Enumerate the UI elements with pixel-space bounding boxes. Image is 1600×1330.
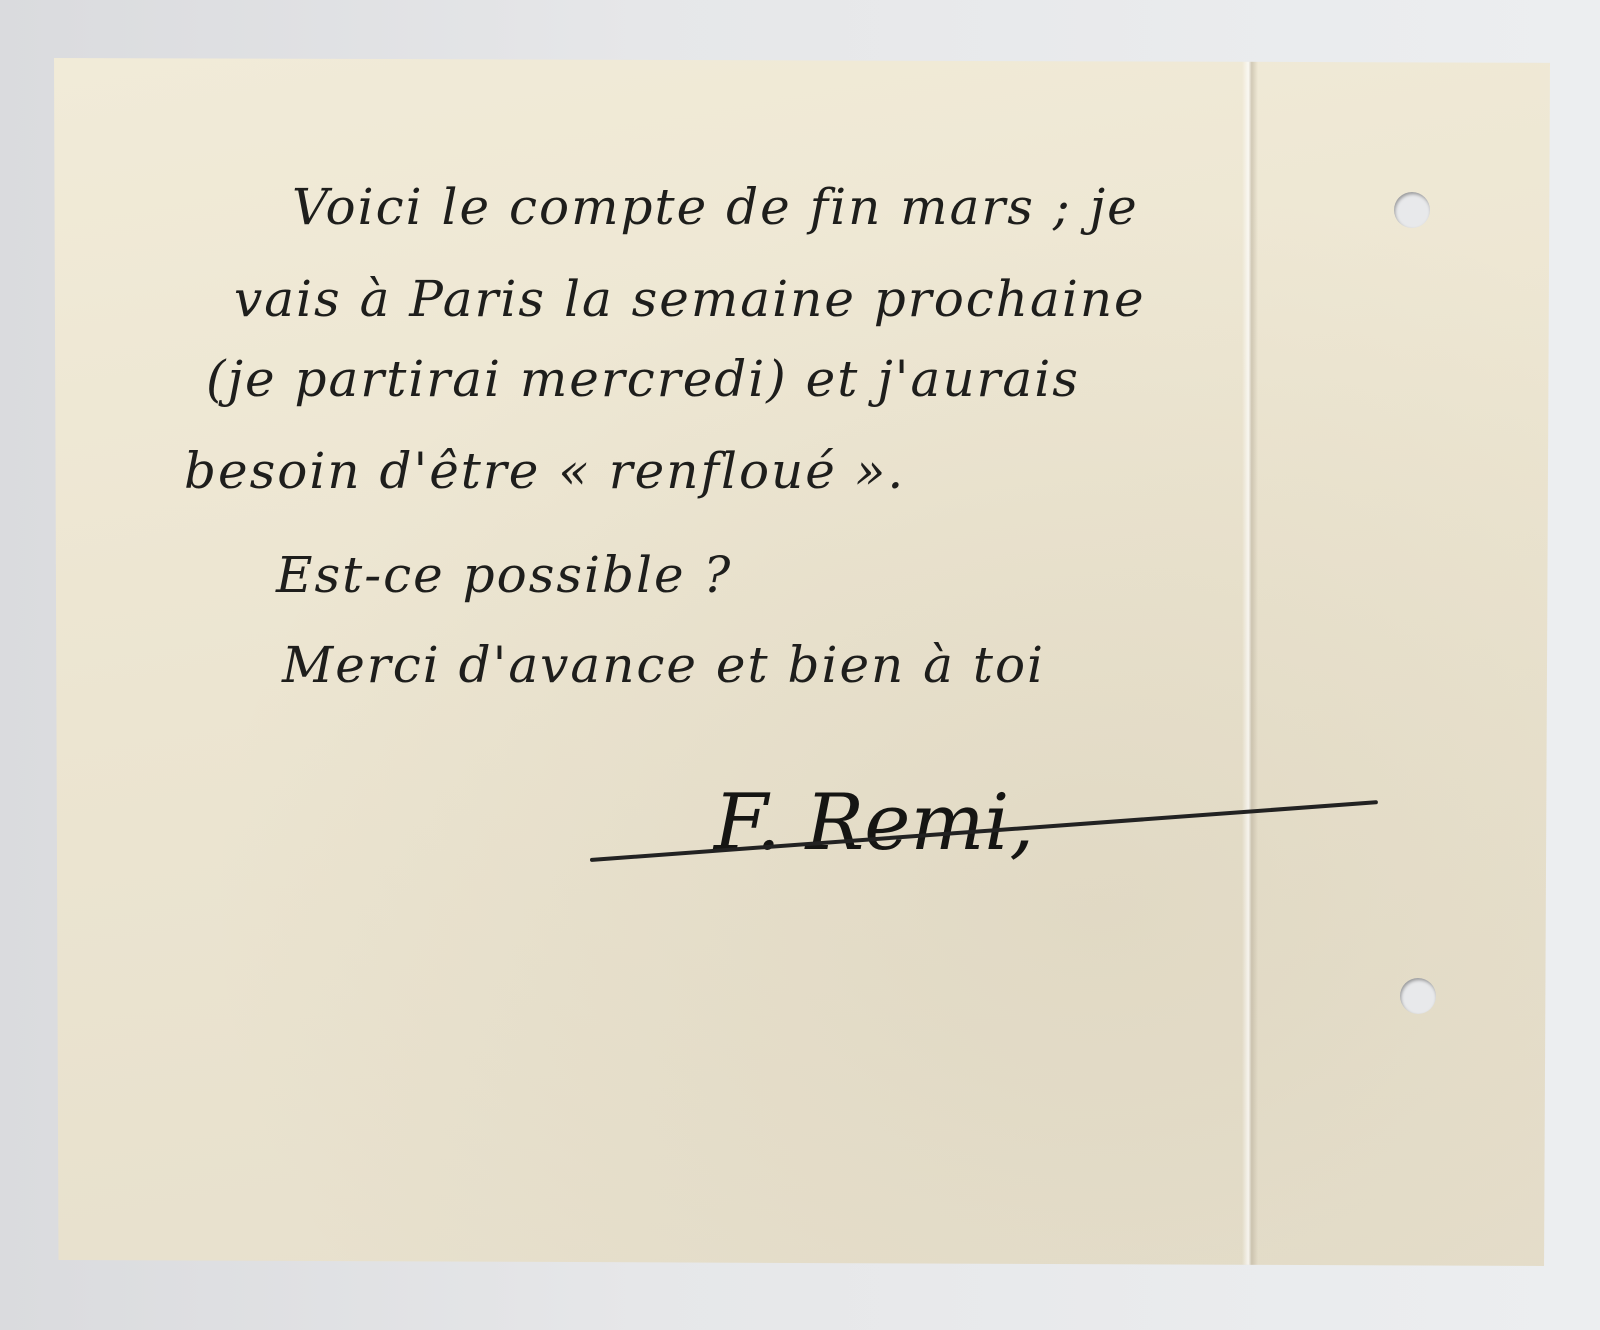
note-line-6: Merci d'avance et bien à toi [282,636,1045,694]
punch-hole-bottom [1400,978,1436,1014]
note-line-3: (je partirai mercredi) et j'aurais [206,350,1080,408]
punch-hole-top [1394,192,1430,228]
paper-fold-crease [1242,58,1258,1266]
note-line-5: Est-ce possible ? [276,546,732,604]
note-line-1: Voici le compte de fin mars ; je [292,178,1139,236]
note-line-2: vais à Paris la semaine prochaine [234,270,1146,328]
signature: F. Remi, [714,778,1034,868]
handwritten-note-card: Voici le compte de fin mars ; je vais à … [54,58,1550,1266]
note-line-4: besoin d'être « renfloué ». [184,442,905,500]
